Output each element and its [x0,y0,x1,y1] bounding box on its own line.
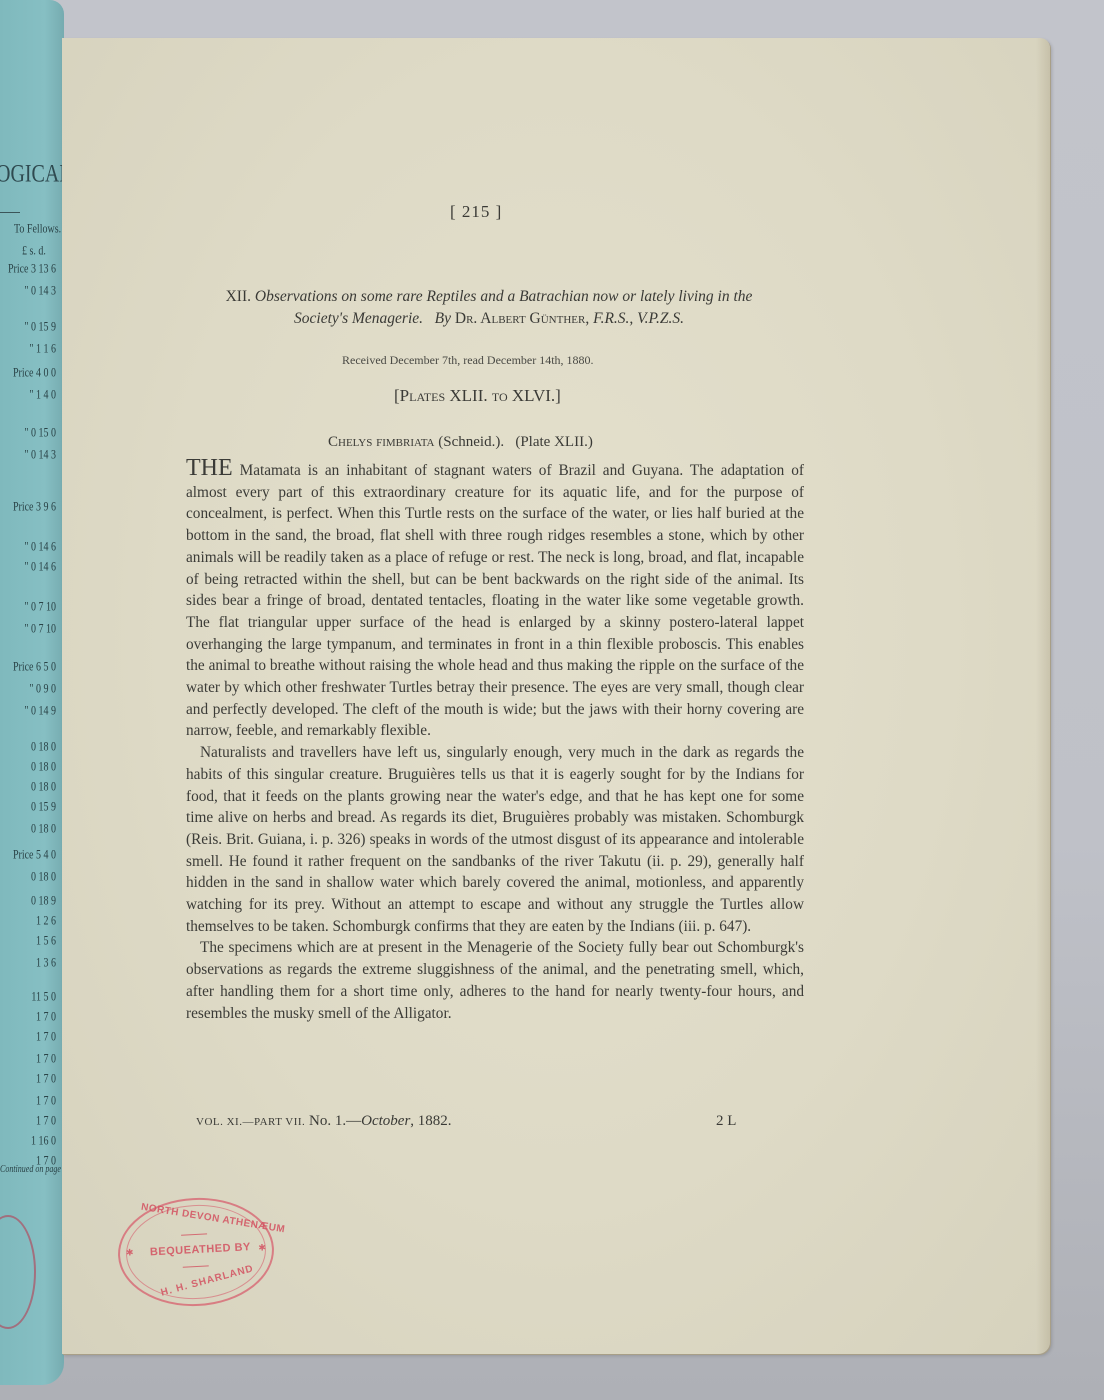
species-authority: (Schneid.). [438,434,504,450]
paragraph-2: Naturalists and travellers have left us,… [186,742,804,937]
cover-price-line: 1 7 0 [36,1030,56,1044]
cover-price-line: 1 7 0 [36,1094,56,1108]
cover-price-line: 0 18 0 [31,740,56,754]
cover-price-line: 0 18 0 [31,760,56,774]
cover-price-line: 0 15 9 [31,800,56,814]
received-date: Received December 7th, read December 14t… [342,353,594,368]
page-footer: VOL. XI.—PART VII. No. 1.—October, 1882. [196,1113,452,1130]
article-number: XII. [226,288,251,305]
drop-cap: THE [186,455,233,481]
cover-price-line: 1 3 6 [36,956,56,970]
signature-mark: 2 L [716,1113,736,1130]
cover-price-line: " 0 14 3 [24,284,56,298]
cover-price-line: Price 3 13 6 [8,262,56,276]
cover-price-line: 0 18 0 [31,822,56,836]
adjacent-book-cover: OGICAL SOC To Fellows. £ s. d. Price 3 1… [0,0,64,1385]
cover-price-line: 1 7 0 [36,1072,56,1086]
cover-price-line: 1 2 6 [36,914,56,928]
cover-price-line: 1 7 0 [36,1052,56,1066]
title-line-2: Society's Menagerie. [294,310,423,327]
cover-price-line: " 0 14 9 [24,704,56,718]
paragraph-1-text: Matamata is an inhabitant of stagnant wa… [186,462,804,739]
cover-price-line: 1 7 0 [36,1114,56,1128]
paragraph-3: The specimens which are at present in th… [186,937,804,1024]
cover-price-line: Price 3 9 6 [13,500,56,514]
cover-price-line: 1 7 0 [36,1010,56,1024]
stamp-star-left-icon: ✱ [126,1247,134,1258]
cover-price-line: " 1 1 6 [29,342,56,356]
footer-number: No. 1.— [309,1113,361,1129]
cover-price-line: " 0 14 6 [24,540,56,554]
cover-price-line: 0 18 9 [31,894,56,908]
species-plate: (Plate XLII.) [515,434,592,450]
cover-price-line: " 0 15 9 [24,320,56,334]
footer-year: , 1882. [410,1113,451,1129]
footer-month: October [361,1113,410,1129]
article-body: THE Matamata is an inhabitant of stagnan… [186,458,804,1024]
cover-price-line: 1 16 0 [31,1134,56,1148]
cover-price-line: " 0 7 10 [24,622,56,636]
cover-price-line: 11 5 0 [31,990,56,1004]
cover-price-line: " 0 9 0 [29,682,56,696]
plates-reference: [Plates XLII. to XLVI.] [394,386,561,406]
cover-price-line: " 0 14 6 [24,560,56,574]
author-credentials: F.R.S., V.P.Z.S. [593,310,684,327]
species-name: Chelys fimbriata [328,434,435,450]
cover-price-line: Price 4 0 0 [13,366,56,380]
footer-volume: VOL. XI.—PART VII. [196,1116,305,1128]
cover-price-line: 0 18 0 [31,870,56,884]
cover-price-line: " 1 4 0 [29,388,56,402]
stamp-star-right-icon: ✱ [258,1242,266,1253]
cover-price-line: Price 6 5 0 [13,660,56,674]
cover-continued-note: Continued on page 4 of Wrapper. [0,1163,64,1175]
cover-price-line: " 0 15 0 [24,426,56,440]
species-heading: Chelys fimbriata (Schneid.). (Plate XLII… [328,434,593,451]
cover-rule [0,212,20,213]
article-title: XII. Observations on some rare Reptiles … [174,286,804,330]
cover-price-line: Price 5 4 0 [13,848,56,862]
cover-title-fragment: OGICAL SOC [0,160,64,189]
cover-price-line: 1 5 6 [36,934,56,948]
cover-price-line: 0 18 0 [31,780,56,794]
cover-currency-header: £ s. d. [22,244,46,258]
cover-column-header: To Fellows. [14,222,61,236]
cover-stamp-partial [0,1215,36,1329]
page-number: [ 215 ] [450,202,502,222]
cover-price-line: " 0 7 10 [24,600,56,614]
paragraph-1: THE Matamata is an inhabitant of stagnan… [186,458,804,742]
cover-price-line: " 0 14 3 [24,448,56,462]
by-label: By [435,310,451,327]
author-name: Dr. Albert Günther, [455,310,589,327]
title-line-1: Observations on some rare Reptiles and a… [255,288,753,305]
